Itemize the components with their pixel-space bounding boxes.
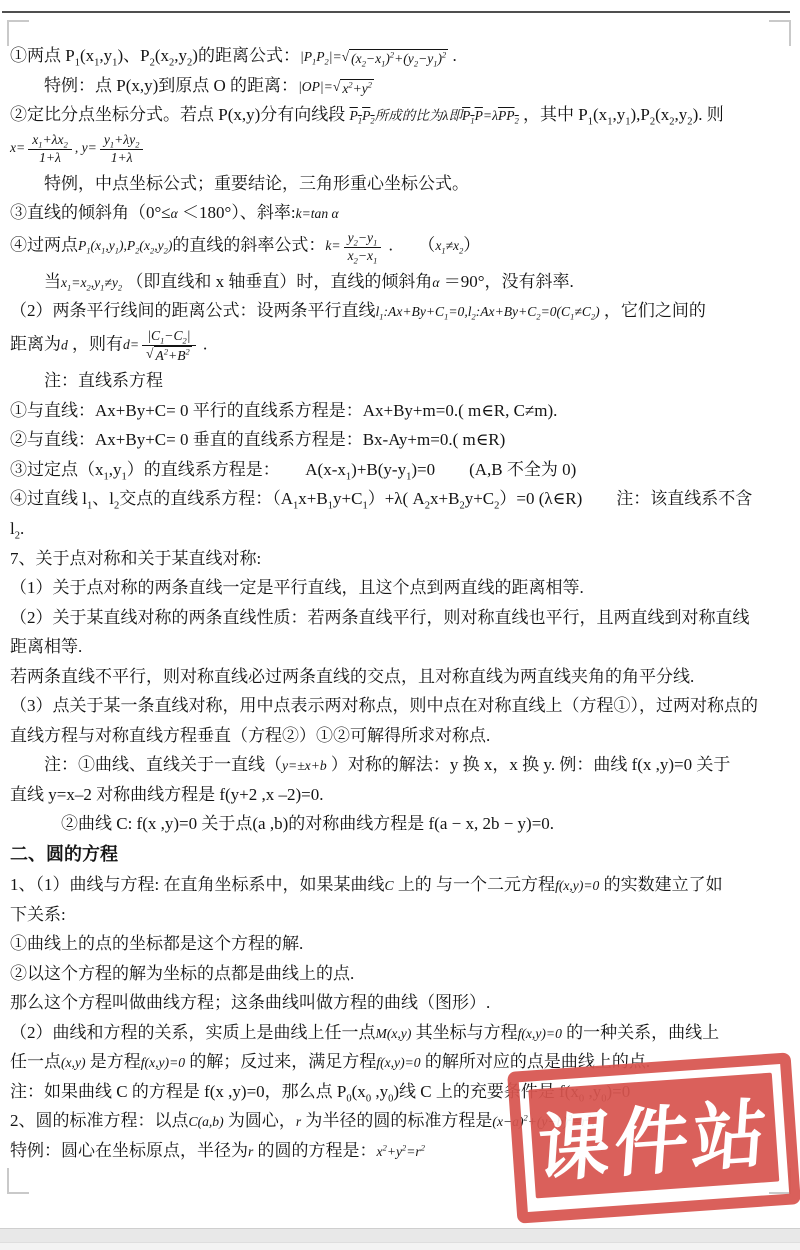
- page-top-rule: [2, 11, 790, 13]
- text-line-29: 下关系:: [10, 901, 794, 929]
- text-line-30: ①曲线上的点的坐标都是这个方程的解.: [10, 930, 794, 958]
- document-page: { "page": { "background": "#ffffff", "ga…: [0, 0, 800, 1250]
- text-line-21: 若两条直线不平行，则对称直线必过两条直线的交点，且对称直线为两直线夹角的角平分线…: [10, 663, 794, 691]
- document-body: ①两点 P1(x1,y1)、P2(x2,y2)的距离公式：|P1P2|=√(x2…: [10, 42, 794, 1166]
- text-line-9: （2）两条平行线间的距离公式：设两条平行直线l1:Ax+By+C1=0,l2:A…: [10, 297, 794, 325]
- text-line-19: （2）关于某直线对称的两条直线性质：若两条直线平行，则对称直线也平行，且两直线到…: [10, 604, 794, 632]
- text-line-32: 那么这个方程叫做曲线方程；这条曲线叫做方程的曲线（图形）.: [10, 989, 794, 1017]
- text-line-25: 直线 y=x–2 对称曲线方程是 f(y+2 ,x –2)=0.: [10, 781, 794, 809]
- text-line-13: ②与直线：Ax+By+C= 0 垂直的直线系方程是：Bx-Ay+m=0.( m∈…: [10, 426, 794, 454]
- text-line-26: ②曲线 C: f(x ,y)=0 关于点(a ,b)的对称曲线方程是 f(a −…: [10, 810, 794, 838]
- stamp-background: 课件站: [528, 1073, 779, 1199]
- text-line-27: 二、圆的方程: [10, 840, 794, 869]
- page-gap: [0, 1228, 800, 1242]
- text-line-5: 特例，中点坐标公式；重要结论，三角形重心坐标公式。: [10, 170, 794, 198]
- text-line-8: 当x1=x2,y1≠y2 （即直线和 x 轴垂直）时，直线的倾斜角α ＝90°，…: [10, 268, 794, 296]
- text-line-4: x=x1+λx21+λ, y=y1+λy21+λ: [10, 131, 794, 168]
- text-line-16: l2.: [10, 515, 794, 543]
- text-line-33: （2）曲线和方程的关系，实质上是曲线上任一点M(x,y) 其坐标与方程f(x,y…: [10, 1019, 794, 1047]
- text-line-11: 注：直线系方程: [10, 367, 794, 395]
- text-line-12: ①与直线：Ax+By+C= 0 平行的直线系方程是：Ax+By+m=0.( m∈…: [10, 397, 794, 425]
- text-line-2: 特例：点 P(x,y)到原点 O 的距离：|OP|=√x2+y2: [10, 72, 794, 100]
- text-line-17: 7、关于点对称和关于某直线对称:: [10, 545, 794, 573]
- text-line-15: ④过直线 l1、l2交点的直线系方程：（A1x+B1y+C1）+λ( A2x+B…: [10, 485, 794, 513]
- stamp-text: 课件站: [533, 1074, 774, 1197]
- text-line-18: （1）关于点对称的两条直线一定是平行直线，且这个点到两直线的距离相等.: [10, 574, 794, 602]
- text-line-3: ②定比分点坐标分式。若点 P(x,y)分有向线段 P1P2所成的比为λ即P1P=…: [10, 101, 794, 129]
- text-line-6: ③直线的倾斜角（0°≤α ＜180°）、斜率:k=tan α: [10, 199, 794, 227]
- text-line-1: ①两点 P1(x1,y1)、P2(x2,y2)的距离公式：|P1P2|=√(x2…: [10, 42, 794, 70]
- text-line-22: （3）点关于某一条直线对称，用中点表示两对称点，则中点在对称直线上（方程①），过…: [10, 692, 794, 720]
- stamp-watermark: 课件站: [507, 1052, 800, 1223]
- text-line-23: 直线方程与对称直线方程垂直（方程②）①②可解得所求对称点.: [10, 722, 794, 750]
- text-line-14: ③过定点（x1,y1）的直线系方程是： A(x-x1)+B(y-y1)=0 (A…: [10, 456, 794, 484]
- text-line-28: 1、（1）曲线与方程: 在直角坐标系中，如果某曲线C 上的 与一个二元方程f(x…: [10, 871, 794, 899]
- text-boundary-corner-bottom-left: [7, 1168, 29, 1194]
- next-page-edge: [0, 1242, 800, 1250]
- text-line-20: 距离相等.: [10, 633, 794, 661]
- text-line-24: 注：①曲线、直线关于一直线（y=±x+b ）对称的解法：y 换 x，x 换 y.…: [10, 751, 794, 779]
- text-line-7: ④过两点P1(x1,y1),P2(x2,y2)的直线的斜率公式：k=y2−y1x…: [10, 229, 794, 266]
- text-line-10: 距离为d ，则有d=|C1−C2|√A2+B2 .: [10, 327, 794, 366]
- text-line-31: ②以这个方程的解为坐标的点都是曲线上的点.: [10, 960, 794, 988]
